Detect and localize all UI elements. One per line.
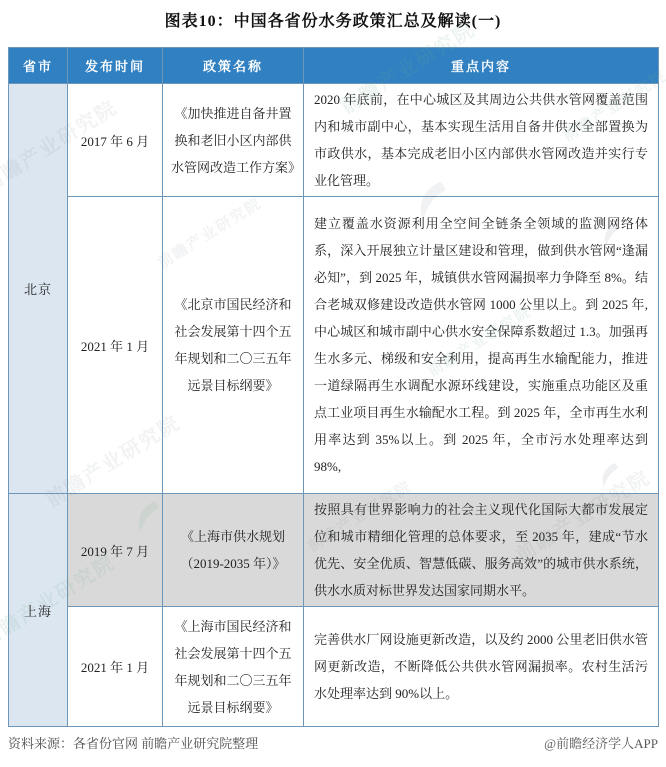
- date-cell: 2021 年 1 月: [68, 197, 163, 494]
- page-title: 图表10：中国各省份水务政策汇总及解读(一): [0, 8, 666, 31]
- content-cell: 按照具有世界影响力的社会主义现代化国际大都市发展定位和城市精细化管理的总体要求，…: [304, 494, 659, 607]
- policy-table: 省市 发布时间 政策名称 重点内容 北京 2017 年 6 月 《加快推进自备井…: [8, 47, 659, 727]
- footer: 资料来源：各省份官网 前瞻产业研究院整理 @前瞻经济学人APP: [8, 733, 658, 752]
- policy-name-cell: 《加快推进自备井置换和老旧小区内部供水管网改造工作方案》: [163, 84, 304, 197]
- column-header-date: 发布时间: [68, 48, 163, 84]
- table-row: 北京 2017 年 6 月 《加快推进自备井置换和老旧小区内部供水管网改造工作方…: [9, 84, 659, 197]
- province-cell-beijing: 北京: [9, 84, 68, 494]
- column-header-content: 重点内容: [304, 48, 659, 84]
- source-note: 资料来源：各省份官网 前瞻产业研究院整理: [8, 733, 258, 752]
- table-row: 2021 年 1 月 《北京市国民经济和社会发展第十四个五年规划和二〇三五年远景…: [9, 197, 659, 494]
- content-cell: 完善供水厂网设施更新改造，以及约 2000 公里老旧供水管网更新改造，不断降低公…: [304, 607, 659, 727]
- province-cell-shanghai: 上海: [9, 494, 68, 727]
- table-row: 2021 年 1 月 《上海市国民经济和社会发展第十四个五年规划和二〇三五年远景…: [9, 607, 659, 727]
- date-cell: 2019 年 7 月: [68, 494, 163, 607]
- content-cell: 2020 年底前，在中心城区及其周边公共供水管网覆盖范围内和城市副中心，基本实现…: [304, 84, 659, 197]
- date-cell: 2017 年 6 月: [68, 84, 163, 197]
- credit-note: @前瞻经济学人APP: [544, 733, 658, 752]
- date-cell: 2021 年 1 月: [68, 607, 163, 727]
- table-header-row: 省市 发布时间 政策名称 重点内容: [9, 48, 659, 84]
- policy-name-cell: 《上海市国民经济和社会发展第十四个五年规划和二〇三五年远景目标纲要》: [163, 607, 304, 727]
- report-page: 图表10：中国各省份水务政策汇总及解读(一) 省市 发布时间 政策名称 重点内容…: [0, 0, 666, 767]
- policy-name-cell: 《上海市供水规划（2019-2035 年）》: [163, 494, 304, 607]
- column-header-policy: 政策名称: [163, 48, 304, 84]
- table-row-highlighted: 上海 2019 年 7 月 《上海市供水规划（2019-2035 年）》 按照具…: [9, 494, 659, 607]
- policy-name-cell: 《北京市国民经济和社会发展第十四个五年规划和二〇三五年远景目标纲要》: [163, 197, 304, 494]
- content-cell: 建立覆盖水资源利用全空间全链条全领域的监测网络体系，深入开展独立计量区建设和管理…: [304, 197, 659, 494]
- column-header-province: 省市: [9, 48, 68, 84]
